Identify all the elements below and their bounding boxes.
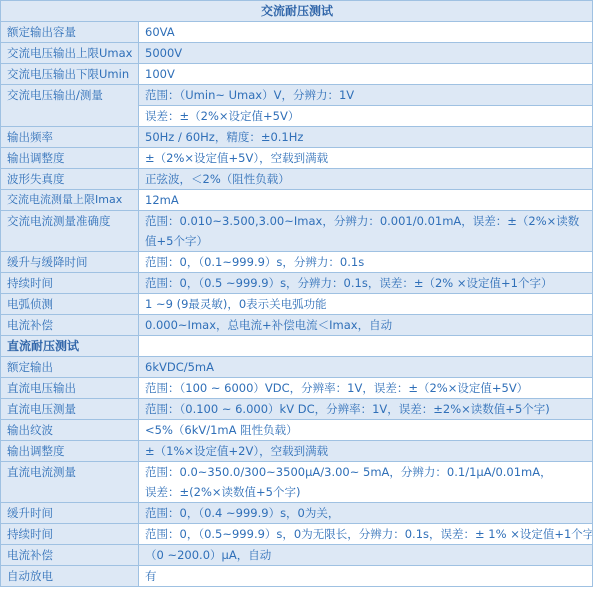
empty-cell bbox=[139, 336, 593, 357]
row-label: 持续时间 bbox=[1, 524, 139, 545]
row-value-line: 误差：±(2%×读数值+5个字) bbox=[145, 482, 587, 502]
table-row: 交流电流测量准确度 范围：0.010~3.500,3.00~Imax，分辨力：0… bbox=[1, 211, 593, 252]
row-label: 自动放电 bbox=[1, 566, 139, 587]
table-row: 缓升与缓降时间 范围：0，（0.1~999.9）s，分辨力：0.1s bbox=[1, 252, 593, 273]
table-row: 输出纹波 <5%（6kV/1mA 阻性负载） bbox=[1, 420, 593, 441]
row-value: （0 ~200.0）μA，自动 bbox=[139, 545, 593, 566]
dc-section-header: 直流耐压测试 bbox=[1, 336, 593, 357]
row-value: 有 bbox=[139, 566, 593, 587]
table-row: 持续时间 范围：0，（0.5~999.9）s，0为无限长，分辨力：0.1s，误差… bbox=[1, 524, 593, 545]
row-value: 100V bbox=[139, 64, 593, 85]
table-row: 电流补偿 （0 ~200.0）μA，自动 bbox=[1, 545, 593, 566]
table-row: 直流电流测量 范围：0.0~350.0/300~3500μA/3.00~ 5mA… bbox=[1, 462, 593, 503]
row-label: 输出调整度 bbox=[1, 441, 139, 462]
table-row: 波形失真度 正弦波，＜2%（阻性负载） bbox=[1, 169, 593, 190]
row-label: 额定输出容量 bbox=[1, 22, 139, 43]
spec-table: 交流耐压测试 额定输出容量 60VA 交流电压输出上限Umax 5000V 交流… bbox=[0, 0, 593, 587]
row-value: 0.000~Imax，总电流+补偿电流＜Imax，自动 bbox=[139, 315, 593, 336]
row-label: 输出纹波 bbox=[1, 420, 139, 441]
row-label: 缓升与缓降时间 bbox=[1, 252, 139, 273]
row-value: 50Hz / 60Hz，精度：±0.1Hz bbox=[139, 127, 593, 148]
row-label: 交流电压输出上限Umax bbox=[1, 43, 139, 64]
row-label: 直流电压输出 bbox=[1, 378, 139, 399]
row-value: 范围：0，（0.5~999.9）s，0为无限长，分辨力：0.1s，误差：± 1%… bbox=[139, 524, 593, 545]
row-value: 范围：0，（0.5 ~999.9）s，分辨力：0.1s，误差：±（2% ×设定值… bbox=[139, 273, 593, 294]
ac-section-header: 交流耐压测试 bbox=[1, 1, 593, 22]
row-value: ±（2%×设定值+5V），空载到满载 bbox=[139, 148, 593, 169]
table-row: 交流电压输出/测量 范围：（Umin~ Umax）V，分辨力：1V bbox=[1, 85, 593, 106]
row-value-line: 范围：0.0~350.0/300~3500μA/3.00~ 5mA，分辨力：0.… bbox=[145, 462, 587, 482]
row-label: 持续时间 bbox=[1, 273, 139, 294]
row-value: 范围：（Umin~ Umax）V，分辨力：1V bbox=[139, 85, 593, 106]
dc-section-title: 直流耐压测试 bbox=[1, 336, 139, 357]
table-row: 输出频率 50Hz / 60Hz，精度：±0.1Hz bbox=[1, 127, 593, 148]
table-row: 输出调整度 ±（2%×设定值+5V），空载到满载 bbox=[1, 148, 593, 169]
table-row: 额定输出容量 60VA bbox=[1, 22, 593, 43]
row-label: 输出频率 bbox=[1, 127, 139, 148]
row-label: 输出调整度 bbox=[1, 148, 139, 169]
row-value: 6kVDC/5mA bbox=[139, 357, 593, 378]
row-value: ±（1%×设定值+2V），空载到满载 bbox=[139, 441, 593, 462]
row-value: 范围：0.010~3.500,3.00~Imax，分辨力：0.001/0.01m… bbox=[139, 211, 593, 252]
table-row: 持续时间 范围：0，（0.5 ~999.9）s，分辨力：0.1s，误差：±（2%… bbox=[1, 273, 593, 294]
row-label: 直流电流测量 bbox=[1, 462, 139, 503]
row-value: 范围：0，（0.4 ~999.9）s，0为关， bbox=[139, 503, 593, 524]
row-value: 范围：0，（0.1~999.9）s，分辨力：0.1s bbox=[139, 252, 593, 273]
row-value: 范围：（100 ~ 6000）VDC，分辨率：1V，误差：±（2%×设定值+5V… bbox=[139, 378, 593, 399]
table-row: 交流电流测量上限Imax 12mA bbox=[1, 190, 593, 211]
row-value: 范围：（0.100 ~ 6.000）kV DC，分辨率：1V，误差：±2%×读数… bbox=[139, 399, 593, 420]
row-value: 正弦波，＜2%（阻性负载） bbox=[139, 169, 593, 190]
table-row: 输出调整度 ±（1%×设定值+2V），空载到满载 bbox=[1, 441, 593, 462]
table-row: 电流补偿 0.000~Imax，总电流+补偿电流＜Imax，自动 bbox=[1, 315, 593, 336]
ac-section-title: 交流耐压测试 bbox=[1, 1, 593, 22]
row-value: 误差：±（2%×设定值+5V） bbox=[139, 106, 593, 127]
table-row: 缓升时间 范围：0，（0.4 ~999.9）s，0为关， bbox=[1, 503, 593, 524]
row-label: 交流电压输出/测量 bbox=[1, 85, 139, 127]
row-value: 范围：0.0~350.0/300~3500μA/3.00~ 5mA，分辨力：0.… bbox=[139, 462, 593, 503]
row-label: 波形失真度 bbox=[1, 169, 139, 190]
row-value: 5000V bbox=[139, 43, 593, 64]
table-row: 直流电压输出 范围：（100 ~ 6000）VDC，分辨率：1V，误差：±（2%… bbox=[1, 378, 593, 399]
table-row: 交流电压输出下限Umin 100V bbox=[1, 64, 593, 85]
table-row: 额定输出 6kVDC/5mA bbox=[1, 357, 593, 378]
row-label: 交流电流测量准确度 bbox=[1, 211, 139, 252]
row-value: 60VA bbox=[139, 22, 593, 43]
row-label: 电弧侦测 bbox=[1, 294, 139, 315]
row-label: 额定输出 bbox=[1, 357, 139, 378]
table-row: 交流电压输出上限Umax 5000V bbox=[1, 43, 593, 64]
row-label: 直流电压测量 bbox=[1, 399, 139, 420]
row-label: 缓升时间 bbox=[1, 503, 139, 524]
row-label: 电流补偿 bbox=[1, 315, 139, 336]
row-value: <5%（6kV/1mA 阻性负载） bbox=[139, 420, 593, 441]
row-label: 交流电流测量上限Imax bbox=[1, 190, 139, 211]
row-value: 1 ~9 (9最灵敏)，0表示关电弧功能 bbox=[139, 294, 593, 315]
row-label: 交流电压输出下限Umin bbox=[1, 64, 139, 85]
row-label: 电流补偿 bbox=[1, 545, 139, 566]
table-row: 直流电压测量 范围：（0.100 ~ 6.000）kV DC，分辨率：1V，误差… bbox=[1, 399, 593, 420]
row-value: 12mA bbox=[139, 190, 593, 211]
table-row: 电弧侦测 1 ~9 (9最灵敏)，0表示关电弧功能 bbox=[1, 294, 593, 315]
table-row: 自动放电 有 bbox=[1, 566, 593, 587]
